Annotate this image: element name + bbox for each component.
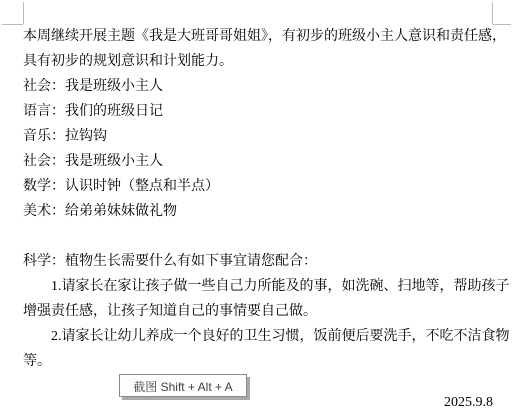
text-boundary-mark-top-left-vertical [23, 2, 24, 24]
document-line-language[interactable]: 语言：我们的班级日记 [23, 99, 493, 124]
document-line-social-1[interactable]: 社会：我是班级小主人 [23, 74, 493, 99]
screenshot-tooltip-label: 截图 Shift + Alt + A [133, 378, 232, 395]
document-line-item1-part1[interactable]: 1.请家长在家让孩子做一些自己力所能及的事，如洗碗、扫地等，帮助孩子 [23, 274, 493, 299]
text-boundary-mark-top-right-vertical [492, 2, 493, 24]
document-line-intro-1[interactable]: 本周继续开展主题《我是大班哥哥姐姐》，有初步的班级小主人意识和责任感， [23, 24, 493, 49]
screenshot-tooltip: 截图 Shift + Alt + A [119, 374, 247, 397]
document-line-item1-part2[interactable]: 增强责任感，让孩子知道自己的事情要自己做。 [23, 299, 493, 324]
document-line-social-2[interactable]: 社会：我是班级小主人 [23, 149, 493, 174]
document-line-intro-2[interactable]: 具有初步的规划意识和计划能力。 [23, 49, 493, 74]
document-page: 本周继续开展主题《我是大班哥哥姐姐》，有初步的班级小主人意识和责任感， 具有初步… [0, 0, 512, 413]
document-blank-line[interactable] [23, 224, 493, 249]
document-line-item2-part2[interactable]: 等。 [23, 349, 493, 374]
document-line-art[interactable]: 美术：给弟弟妹妹做礼物 [23, 199, 493, 224]
text-boundary-mark-top-right-horizontal [493, 24, 511, 25]
document-line-music[interactable]: 音乐：拉钩钩 [23, 124, 493, 149]
document-date[interactable]: 2025.9.8 [23, 390, 493, 413]
document-line-item2-part1[interactable]: 2.请家长让幼儿养成一个良好的卫生习惯，饭前便后要洗手，不吃不洁食物 [23, 324, 493, 349]
document-line-math[interactable]: 数学：认识时钟（整点和半点） [23, 174, 493, 199]
text-boundary-mark-top-left-horizontal [2, 24, 23, 25]
document-line-science[interactable]: 科学：植物生长需要什么有如下事宜请您配合： [23, 249, 493, 274]
document-text-area[interactable]: 本周继续开展主题《我是大班哥哥姐姐》，有初步的班级小主人意识和责任感， 具有初步… [23, 24, 493, 413]
